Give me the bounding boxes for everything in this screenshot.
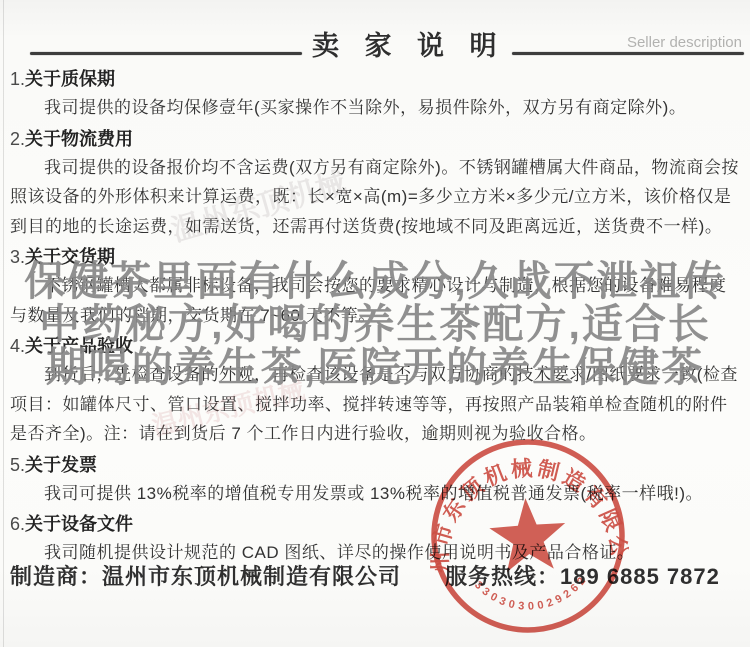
hotline-label: 服务热线： (445, 564, 560, 589)
section-title: 3.关于交货期 (10, 244, 742, 271)
section-body: 到货后，先检查设备的外观，再检查该设备是否与双方协商的技术要求/图纸要求一致(检… (10, 360, 742, 449)
page-header: 卖 家 说 明 Seller description (30, 28, 744, 60)
section-title: 2.关于物流费用 (10, 126, 742, 153)
section-title-text: 关于交货期 (25, 247, 115, 267)
section-warranty: 1.关于质保期 我司提供的设备均保修壹年(买家操作不当除外，易损件除外，双方另有… (10, 66, 742, 123)
section-title-text: 关于质保期 (25, 69, 115, 89)
section-title-text: 关于设备文件 (25, 514, 133, 534)
seller-description-document: 1.关于质保期 我司提供的设备均保修壹年(买家操作不当除外，易损件除外，双方另有… (10, 66, 742, 571)
section-body: 我司提供的设备报价均不含运费(双方另有商定除外)。不锈钢罐槽属大件商品，物流商会… (10, 153, 742, 242)
section-number: 5. (10, 455, 25, 475)
section-body: 我司可提供 13%税率的增值税专用发票或 13%税率的增值税普通发票(税率一样哦… (10, 479, 742, 509)
section-title: 5.关于发票 (10, 452, 742, 479)
manufacturer-name: 温州市东顶机械制造有限公司 (102, 564, 401, 589)
section-title: 6.关于设备文件 (10, 511, 742, 538)
section-body: 我司提供的设备均保修壹年(买家操作不当除外，易损件除外，双方另有商定除外)。 (10, 93, 742, 123)
section-invoice: 5.关于发票 我司可提供 13%税率的增值税专用发票或 13%税率的增值税普通发… (10, 452, 742, 509)
section-logistics-fee: 2.关于物流费用 我司提供的设备报价均不含运费(双方另有商定除外)。不锈钢罐槽属… (10, 126, 742, 242)
section-title-text: 关于物流费用 (25, 129, 133, 149)
section-number: 3. (10, 247, 25, 267)
section-number: 6. (10, 514, 25, 534)
section-product-acceptance: 4.关于产品验收 到货后，先检查设备的外观，再检查该设备是否与双方协商的技术要求… (10, 333, 742, 449)
section-title: 4.关于产品验收 (10, 333, 742, 360)
page-title: 卖 家 说 明 (312, 33, 506, 60)
section-title-text: 关于发票 (25, 455, 97, 475)
hotline-number: 189 6885 7872 (560, 564, 720, 589)
section-title-text: 关于产品验收 (25, 336, 133, 356)
section-number: 4. (10, 336, 25, 356)
manufacturer-line: 制造商：温州市东顶机械制造有限公司服务热线：189 6885 7872 (10, 560, 742, 591)
scan-edge-line (3, 0, 4, 647)
section-number: 2. (10, 129, 25, 149)
section-body: 不锈钢罐槽大都属非标设备，我司会按您的要求精心设计与制造，根据您的设备难易程度与… (10, 271, 742, 330)
section-delivery-time: 3.关于交货期 不锈钢罐槽大都属非标设备，我司会按您的要求精心设计与制造，根据您… (10, 244, 742, 330)
manufacturer-label: 制造商： (10, 564, 102, 589)
section-title: 1.关于质保期 (10, 66, 742, 93)
header-divider-left (30, 52, 302, 55)
page-title-english: Seller description (627, 34, 742, 51)
header-divider-right: Seller description (512, 52, 744, 55)
section-number: 1. (10, 69, 25, 89)
